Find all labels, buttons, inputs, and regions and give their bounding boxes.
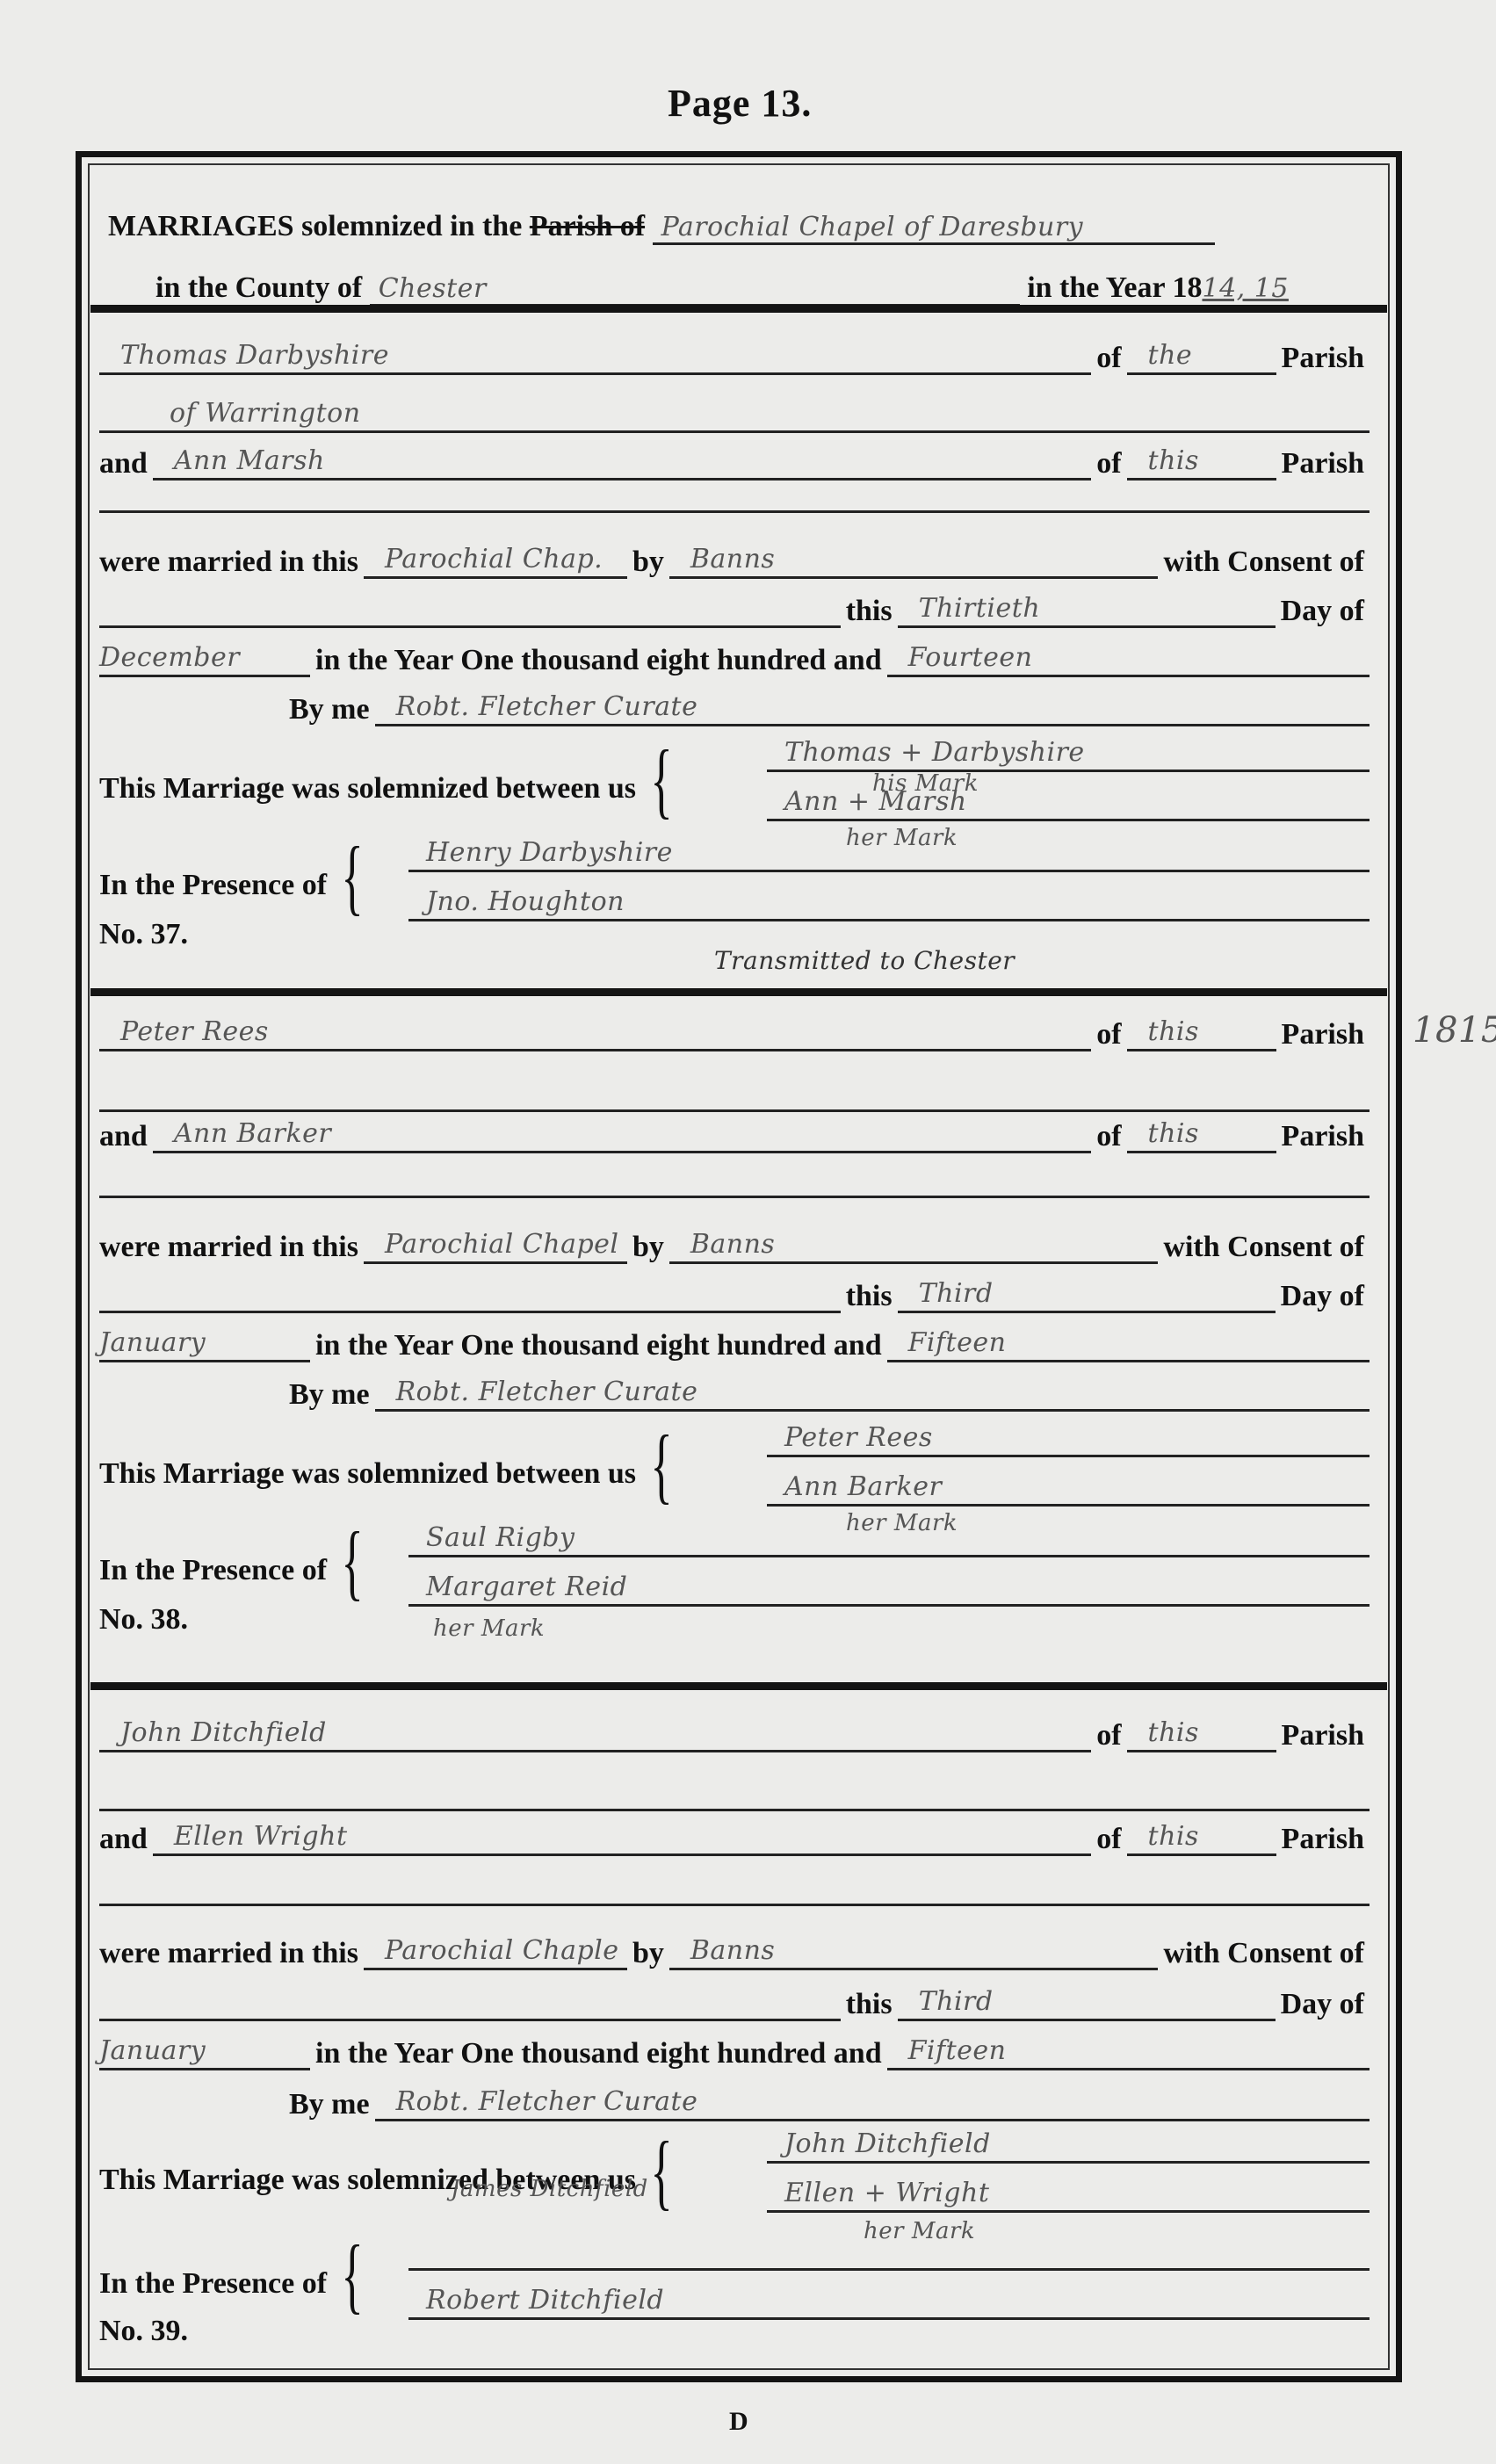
- signature-line-groom: Peter Rees: [767, 1422, 1370, 1457]
- groom-line: Thomas Darbyshire of the Parish: [99, 342, 1370, 375]
- month-value: December: [99, 642, 240, 673]
- presence-label: In the Presence of: [99, 1554, 327, 1587]
- bride-parish-field: this: [1127, 1122, 1276, 1153]
- presence-label-line: In the Presence of{: [99, 851, 378, 902]
- parish-label: Parish: [1276, 1823, 1370, 1856]
- brace-icon: {: [341, 851, 363, 902]
- entry-divider: [90, 988, 1387, 996]
- parish-label: Parish: [1276, 1719, 1370, 1752]
- signature-bride: Ann Barker: [784, 1471, 942, 1502]
- day-line: this Third Day of: [99, 1280, 1370, 1313]
- by-me-label: By me: [284, 2088, 375, 2121]
- in-year-label: in the Year One thousand eight hundred a…: [310, 644, 887, 677]
- presence-label: In the Presence of: [99, 869, 327, 902]
- bride-parish: this: [1148, 445, 1199, 476]
- header-parish-label: Parish of: [530, 210, 645, 242]
- witness-mark: her Mark: [433, 1615, 545, 1642]
- groom-name: Thomas Darbyshire: [120, 340, 389, 371]
- bride-line: and Ann Marsh of this Parish: [99, 447, 1370, 481]
- groom-line: John Ditchfield of this Parish: [99, 1719, 1370, 1752]
- signature-line-bride: Ann Barker: [767, 1471, 1370, 1507]
- consent-label: with Consent of: [1158, 546, 1370, 579]
- county-value: Chester: [379, 273, 487, 304]
- parish-value: Parochial Chapel of Daresbury: [661, 212, 1084, 242]
- officiant-line: By me Robt. Fletcher Curate: [284, 2088, 1370, 2121]
- place-field: Parochial Chaple: [364, 1939, 627, 1970]
- month-value: January: [99, 1327, 206, 1358]
- consent-field: [99, 1282, 841, 1313]
- by-label: by: [627, 1231, 669, 1264]
- signature-groom: John Ditchfield: [784, 2128, 991, 2159]
- consent-field: [99, 596, 841, 628]
- officiant-line: By me Robt. Fletcher Curate: [284, 693, 1370, 726]
- signature-mark: D: [729, 2407, 748, 2437]
- year-label: in the Year 18: [1027, 271, 1202, 304]
- witness-2: Margaret Reid: [426, 1572, 627, 1602]
- header-solemnized: solemnized in the: [301, 210, 522, 242]
- by-label: by: [627, 1937, 669, 1970]
- consent-label: with Consent of: [1158, 1937, 1370, 1970]
- day-line: this Thirtieth Day of: [99, 595, 1370, 628]
- blank-line: [99, 510, 1370, 513]
- year-value: Fourteen: [908, 642, 1033, 673]
- signature-line-bride: Ann + Marsh: [767, 786, 1370, 821]
- year-value: 14, 15: [1202, 273, 1288, 304]
- bride-line: and Ellen Wright of this Parish: [99, 1823, 1370, 1856]
- signature-bride: Ellen + Wright: [784, 2178, 989, 2208]
- groom-field: Thomas Darbyshire: [99, 343, 1091, 375]
- year-line: January in the Year One thousand eight h…: [99, 1329, 1370, 1362]
- month-field: January: [99, 1331, 310, 1362]
- groom-name: John Ditchfield: [120, 1717, 327, 1748]
- groom-parish-field: the: [1127, 343, 1276, 375]
- county-field: Chester: [370, 272, 1020, 307]
- presence-label-line: In the Presence of{: [99, 1536, 378, 1587]
- by-label: by: [627, 546, 669, 579]
- header-line-1: MARRIAGES solemnized in the Parish of Pa…: [108, 210, 1215, 245]
- brace-icon: {: [341, 2250, 363, 2301]
- by-field: Banns: [669, 1939, 1159, 1970]
- witness-line-2: Jno. Houghton: [408, 886, 1370, 921]
- day-value: Thirtieth: [919, 593, 1041, 624]
- consent-field: [99, 1990, 841, 2021]
- entry-number: No. 39.: [99, 2315, 188, 2348]
- brace-icon: {: [341, 1536, 363, 1587]
- day-value: Third: [919, 1278, 994, 1309]
- groom-field: John Ditchfield: [99, 1721, 1091, 1752]
- officiant-field: Robt. Fletcher Curate: [375, 2090, 1370, 2121]
- of-label: of: [1091, 1120, 1126, 1153]
- signature-line-bride: Ellen + Wright: [767, 2178, 1370, 2213]
- by-me-label: By me: [284, 693, 375, 726]
- presence-label: In the Presence of: [99, 2267, 327, 2301]
- this-label: this: [841, 595, 898, 628]
- month-field: January: [99, 2039, 310, 2070]
- entry-divider: [90, 1682, 1387, 1690]
- year-value: Fifteen: [908, 2035, 1007, 2066]
- blank-line: [99, 1904, 1370, 1906]
- county-label: in the County of: [155, 271, 362, 304]
- place-value: Parochial Chap.: [385, 544, 603, 574]
- bride-field: Ann Barker: [153, 1122, 1091, 1153]
- solemnized-label-line: This Marriage was solemnized between us{: [99, 1440, 687, 1491]
- witness-2: Jno. Houghton: [426, 886, 625, 917]
- brace-icon: {: [650, 2146, 672, 2197]
- blank-line: [99, 1196, 1370, 1198]
- and-label: and: [99, 1823, 153, 1856]
- transmitted-note: Transmitted to Chester: [714, 946, 1015, 975]
- officiant-field: Robt. Fletcher Curate: [375, 695, 1370, 726]
- officiant-value: Robt. Fletcher Curate: [396, 691, 698, 722]
- blank-line: [99, 1109, 1370, 1112]
- bride-name: Ellen Wright: [174, 1821, 348, 1852]
- marriage-place-line: were married in this Parochial Chapel by…: [99, 1231, 1370, 1264]
- year-field: Fourteen: [887, 646, 1370, 677]
- month-field: December: [99, 646, 310, 677]
- parish-label: Parish: [1276, 447, 1370, 481]
- witness-1: Henry Darbyshire: [426, 837, 673, 868]
- by-field: Banns: [669, 547, 1159, 579]
- parish-label: Parish: [1276, 342, 1370, 375]
- margin-year: 1815: [1413, 1010, 1496, 1051]
- marriage-place-line: were married in this Parochial Chap. by …: [99, 546, 1370, 579]
- consent-label: with Consent of: [1158, 1231, 1370, 1264]
- by-field: Banns: [669, 1232, 1159, 1264]
- bride-parish: this: [1148, 1118, 1199, 1149]
- signature-bride: Ann + Marsh: [784, 786, 967, 817]
- place-field: Parochial Chapel: [364, 1232, 627, 1264]
- groom-residence: of Warrington: [170, 398, 361, 429]
- officiant-value: Robt. Fletcher Curate: [396, 2086, 698, 2117]
- and-label: and: [99, 447, 153, 481]
- header-line-2: in the County of Chester in the Year 181…: [155, 271, 1289, 307]
- day-value: Third: [919, 1986, 994, 2017]
- married-in-label: were married in this: [99, 1231, 364, 1264]
- day-line: this Third Day of: [99, 1988, 1370, 2021]
- year-field: Fifteen: [887, 2039, 1370, 2070]
- brace-icon: {: [650, 755, 672, 806]
- witness-2: Robert Ditchfield: [426, 2285, 664, 2316]
- place-field: Parochial Chap.: [364, 547, 627, 579]
- bride-name: Ann Barker: [174, 1118, 331, 1149]
- of-label: of: [1091, 1719, 1126, 1752]
- of-label: of: [1091, 1018, 1126, 1051]
- year-line: January in the Year One thousand eight h…: [99, 2037, 1370, 2070]
- groom-name: Peter Rees: [120, 1016, 269, 1047]
- parish-label: Parish: [1276, 1120, 1370, 1153]
- in-year-label: in the Year One thousand eight hundred a…: [310, 2037, 887, 2070]
- by-value: Banns: [690, 1935, 775, 1966]
- groom-parish-field: this: [1127, 1721, 1276, 1752]
- year-line: December in the Year One thousand eight …: [99, 644, 1370, 677]
- month-value: January: [99, 2035, 206, 2066]
- day-of-label: Day of: [1276, 595, 1370, 628]
- witness-line-2: Margaret Reid: [408, 1572, 1370, 1607]
- bride-parish-field: this: [1127, 449, 1276, 481]
- brace-icon: {: [650, 1440, 672, 1491]
- register-frame: MARRIAGES solemnized in the Parish of Pa…: [76, 151, 1402, 2382]
- parish-field: Parochial Chapel of Daresbury: [653, 211, 1215, 245]
- day-of-label: Day of: [1276, 1280, 1370, 1313]
- groom-parish: this: [1148, 1717, 1199, 1748]
- day-field: Third: [898, 1990, 1276, 2021]
- of-label: of: [1091, 342, 1126, 375]
- marriage-place-line: were married in this Parochial Chaple by…: [99, 1937, 1370, 1970]
- of-label: of: [1091, 447, 1126, 481]
- solemnized-label: This Marriage was solemnized between us: [99, 772, 636, 806]
- by-me-label: By me: [284, 1378, 375, 1412]
- witness-1: James Ditchfield: [451, 2176, 648, 2202]
- header-title: MARRIAGES: [108, 210, 294, 242]
- witness-line-1: Henry Darbyshire: [408, 837, 1370, 872]
- register-header: MARRIAGES solemnized in the Parish of Pa…: [103, 184, 1375, 324]
- year-field: Fifteen: [887, 1331, 1370, 1362]
- in-year-label: in the Year One thousand eight hundred a…: [310, 1329, 887, 1362]
- bride-name: Ann Marsh: [174, 445, 325, 476]
- groom-residence-line: of Warrington: [99, 401, 1370, 433]
- this-label: this: [841, 1988, 898, 2021]
- groom-line: Peter Rees of this Parish: [99, 1018, 1370, 1051]
- married-in-label: were married in this: [99, 546, 364, 579]
- parish-label: Parish: [1276, 1018, 1370, 1051]
- place-value: Parochial Chapel: [385, 1229, 619, 1260]
- signature-line-groom: John Ditchfield: [767, 2128, 1370, 2164]
- witness-line-1: Saul Rigby: [408, 1522, 1370, 1557]
- bride-parish: this: [1148, 1821, 1199, 1852]
- blank-line: [99, 1809, 1370, 1811]
- bride-line: and Ann Barker of this Parish: [99, 1120, 1370, 1153]
- witness-line-2: Robert Ditchfield: [408, 2285, 1370, 2320]
- solemnized-label-line: This Marriage was solemnized between us{: [99, 755, 687, 806]
- officiant-value: Robt. Fletcher Curate: [396, 1377, 698, 1407]
- year-value: Fifteen: [908, 1327, 1007, 1358]
- groom-parish: the: [1148, 340, 1193, 371]
- place-value: Parochial Chaple: [385, 1935, 619, 1966]
- signature-groom: Thomas + Darbyshire: [784, 737, 1085, 768]
- witness-1: Saul Rigby: [426, 1522, 575, 1553]
- signature-line-groom: Thomas + Darbyshire: [767, 737, 1370, 772]
- day-of-label: Day of: [1276, 1988, 1370, 2021]
- this-label: this: [841, 1280, 898, 1313]
- solemnized-label: This Marriage was solemnized between us: [99, 1457, 636, 1491]
- witness-line-1: [408, 2236, 1370, 2271]
- by-value: Banns: [690, 1229, 775, 1260]
- by-value: Banns: [690, 544, 775, 574]
- groom-parish-field: this: [1127, 1020, 1276, 1051]
- entry-number: No. 38.: [99, 1603, 188, 1637]
- page-number: Page 13.: [668, 81, 812, 126]
- officiant-line: By me Robt. Fletcher Curate: [284, 1378, 1370, 1412]
- bride-field: Ann Marsh: [153, 449, 1091, 481]
- and-label: and: [99, 1120, 153, 1153]
- day-field: Third: [898, 1282, 1276, 1313]
- entry-number: No. 37.: [99, 918, 188, 951]
- header-divider: [90, 305, 1387, 313]
- signature-groom: Peter Rees: [784, 1422, 933, 1453]
- of-label: of: [1091, 1823, 1126, 1856]
- officiant-field: Robt. Fletcher Curate: [375, 1380, 1370, 1412]
- bride-parish-field: this: [1127, 1825, 1276, 1856]
- groom-parish: this: [1148, 1016, 1199, 1047]
- presence-label-line: In the Presence of{: [99, 2250, 378, 2301]
- bride-field: Ellen Wright: [153, 1825, 1091, 1856]
- day-field: Thirtieth: [898, 596, 1276, 628]
- groom-field: Peter Rees: [99, 1020, 1091, 1051]
- married-in-label: were married in this: [99, 1937, 364, 1970]
